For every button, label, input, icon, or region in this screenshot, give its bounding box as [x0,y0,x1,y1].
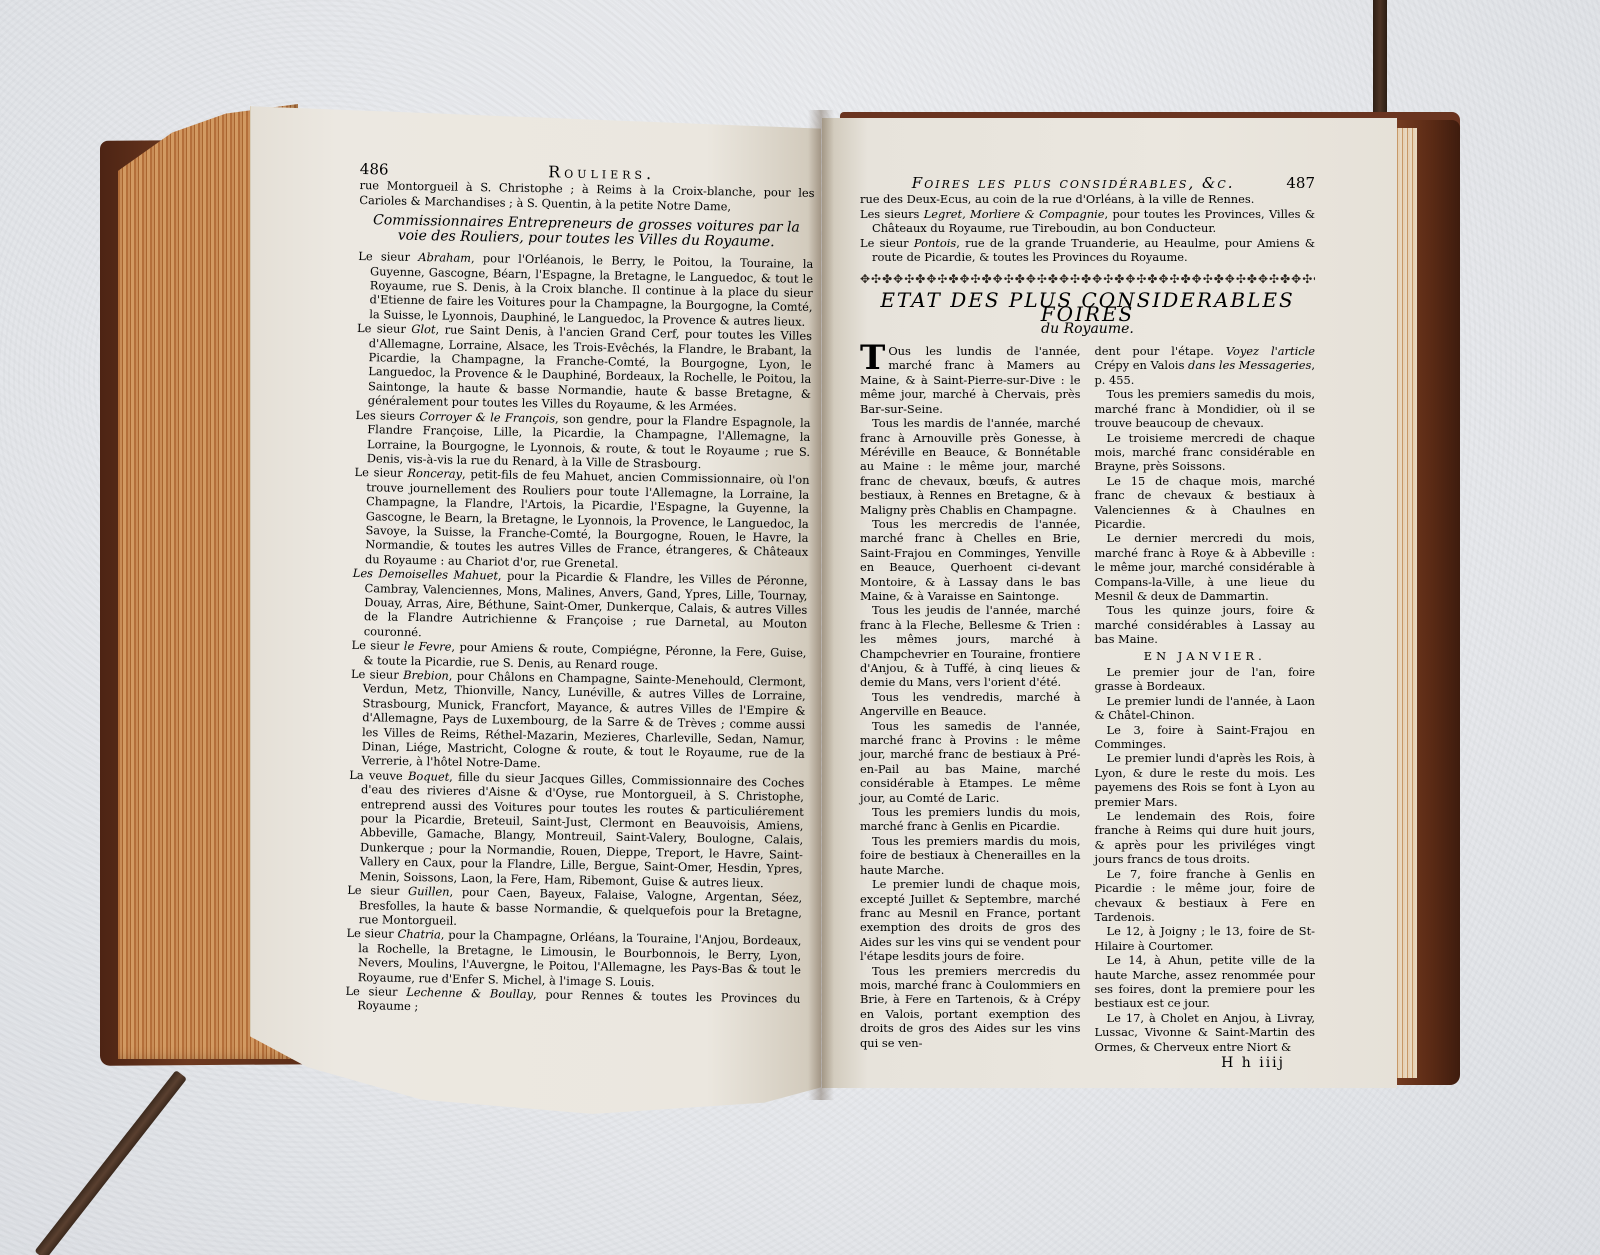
entry: Le sieur Brebion, pour Châlons en Champa… [349,667,806,776]
paragraph: Le lendemain des Rois, foire franche à R… [1095,809,1316,867]
entry: Le sieur Abraham, pour l'Orléanois, le B… [357,249,813,329]
paragraph: Le 12, à Joigny ; le 13, foire de St-Hil… [1095,924,1316,953]
paragraph: Le 14, à Ahun, petite ville de la haute … [1095,953,1316,1011]
paragraph: Le troisieme mercredi de chaque mois, ma… [1095,431,1316,474]
page-number-right: 487 [1286,176,1315,190]
paragraph: Le premier lundi de chaque mois, excepté… [860,877,1081,963]
section-title: Commissionnaires Entrepreneurs de grosse… [359,213,814,251]
paragraph: Tous les premiers mercredis du mois, mar… [860,964,1081,1050]
right-page-text: Foires les plus considérables, &c. 487 r… [860,176,1315,1070]
chapter-subtitle: du Royaume. [860,322,1315,336]
paragraph: Le 7, foire franche à Genlis en Picardie… [1095,867,1316,925]
ribbon-bookmark-bottom [34,1070,187,1255]
entry: Les sieurs Corroyer & le François, son g… [355,408,811,474]
paragraph: Le dernier mercredi du mois, marché fran… [1095,531,1316,603]
paragraph: Le premier lundi de l'année, à Laon & Ch… [1095,694,1316,723]
entry: Les Demoiselles Mahuet, pour la Picardie… [352,566,808,646]
right-header-title: Foires les plus considérables, &c. [860,176,1286,190]
paragraph: Tous les jeudis de l'année, marché franc… [860,603,1081,689]
paragraph: Le 17, à Cholet en Anjou, à Livray, Luss… [1095,1011,1316,1054]
decorative-ornament-band: ✥✣✤✥✣✤✥✣✤✥✣✤✥✣✤✥✣✤✥✣✤✥✣✤✥✣✤✥✣✤✥✣✤✥✣✤✥✣✤✥… [860,272,1315,286]
paragraph: Tous les premiers samedis du mois, march… [1095,387,1316,430]
month-heading: EN JANVIER. [1095,649,1316,663]
paragraph: dent pour l'étape. Voyez l'article Crépy… [1095,344,1316,387]
entry: La veuve Boquet, fille du sieur Jacques … [347,768,804,891]
entry: rue des Deux-Ecus, au coin de la rue d'O… [860,192,1315,206]
column-2: dent pour l'étape. Voyez l'article Crépy… [1095,344,1316,1070]
paragraph: Tous les premiers lundis du mois, marché… [860,805,1081,834]
signature-mark: H h iiij [1095,1056,1316,1070]
entry: Le sieur Ronceray, petit-fils de feu Mah… [353,465,810,574]
left-page-text: 486 Rouliers. rue Montorgueil à S. Chris… [345,162,815,1021]
entry: Le sieur Glot, rue Saint Denis, à l'anci… [356,321,812,415]
drop-cap: T [860,344,888,372]
paragraph: Tous les samedis de l'année, marché fran… [860,719,1081,805]
paragraph: Tous les vendredis, marché à Angerville … [860,690,1081,719]
paragraph: Tous les mardis de l'année, marché franc… [860,416,1081,517]
paragraph: Tous les quinze jours, foire & marché co… [1095,603,1316,646]
intro-lines: rue Montorgueil à S. Christophe ; à Reim… [359,178,814,215]
page-edges-right [1395,128,1417,1078]
entry: Le sieur Chatria, pour la Champagne, Orl… [346,926,802,992]
column-1: TOus les lundis de l'année, marché franc… [860,344,1081,1070]
entry: Le sieur Pontois, rue de la grande Truan… [860,236,1315,265]
right-running-head: Foires les plus considérables, &c. 487 [860,176,1315,190]
two-column-text: TOus les lundis de l'année, marché franc… [860,344,1315,1070]
paragraph: Tous les mercredis de l'année, marché fr… [860,517,1081,603]
paragraph: Tous les premiers mardis du mois, foire … [860,834,1081,877]
paragraph: Le premier jour de l'an, foire grasse à … [1095,665,1316,694]
paragraph: TOus les lundis de l'année, marché franc… [860,344,1081,416]
chapter-title: ETAT DES PLUS CONSIDERABLES FOIRES [860,293,1315,322]
paragraph: Le premier lundi d'après les Rois, à Lyo… [1095,751,1316,809]
page-number-left: 486 [360,162,389,177]
open-book: 486 Rouliers. rue Montorgueil à S. Chris… [0,0,1600,1255]
paragraph: Le 15 de chaque mois, marché franc de ch… [1095,474,1316,532]
paragraph: Le 3, foire à Saint-Frajou en Comminges. [1095,723,1316,752]
entry: Les sieurs Legret, Morliere & Compagnie,… [860,207,1315,236]
